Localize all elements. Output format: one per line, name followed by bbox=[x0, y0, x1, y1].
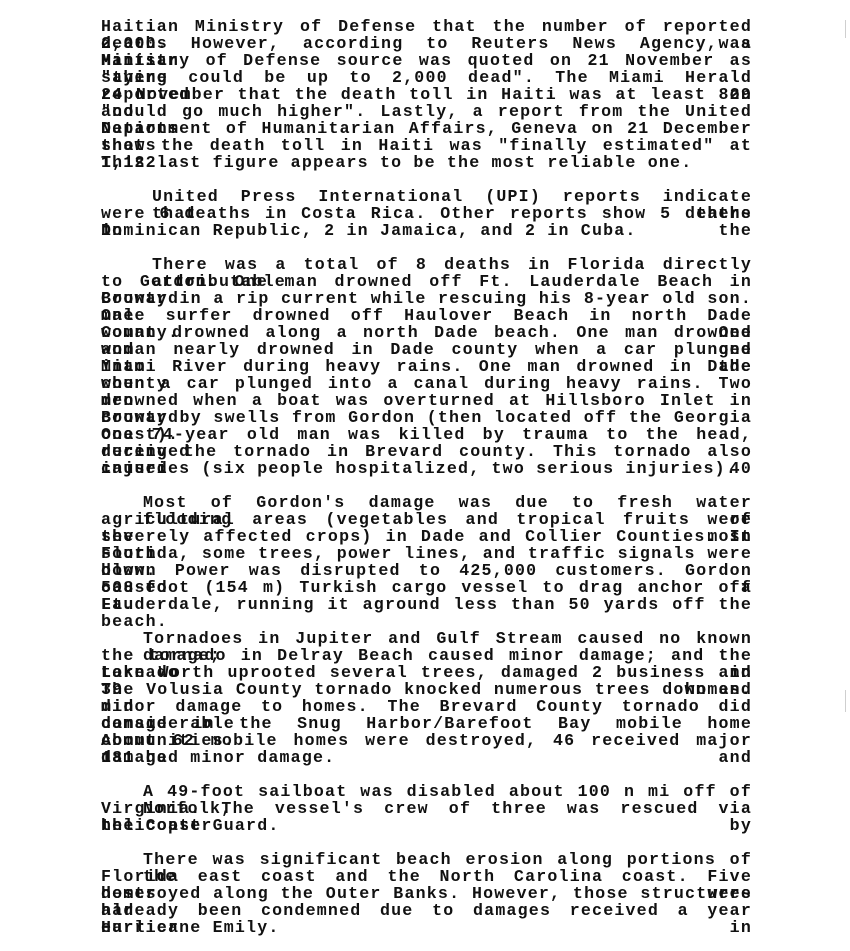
scan-artifact bbox=[845, 20, 846, 38]
text-line: Miami River during heavy rains. One man … bbox=[101, 358, 752, 375]
paragraph: Most of Gordon's damage was due to fresh… bbox=[101, 494, 752, 613]
paragraph: Haitian Ministry of Defense that the num… bbox=[101, 18, 752, 171]
text-line: Department of Humanitarian Affairs, Gene… bbox=[101, 120, 752, 137]
text-line: 24 November that the death toll in Haiti… bbox=[101, 86, 752, 103]
text-line: 2,000. However, according to Reuters New… bbox=[101, 35, 752, 52]
text-line: United Press International (UPI) reports… bbox=[101, 188, 752, 205]
text-line: Ministry of Defense source was quoted on… bbox=[101, 52, 752, 69]
text-line: 508-foot (154 m) Turkish cargo vessel to… bbox=[101, 579, 752, 596]
paragraph: There was a total of 8 deaths in Florida… bbox=[101, 256, 752, 477]
text-line: About 62 mobile homes were destroyed, 46… bbox=[101, 732, 752, 749]
document-page: Haitian Ministry of Defense that the num… bbox=[101, 18, 752, 951]
text-line: that the death toll in Haiti was "finall… bbox=[101, 137, 752, 154]
text-line: to Gordon. One man drowned off Ft. Laude… bbox=[101, 273, 752, 290]
paragraph: Tornadoes in Jupiter and Gulf Stream cau… bbox=[101, 630, 752, 766]
text-line: Virginia. The vessel's crew of three was… bbox=[101, 800, 752, 817]
paragraph: United Press International (UPI) reports… bbox=[101, 188, 752, 239]
text-line: injuries (six people hospitalized, two s… bbox=[101, 460, 752, 477]
text-line: Lake Worth uprooted several trees, damag… bbox=[101, 664, 752, 681]
text-line: County in a rip current while rescuing h… bbox=[101, 290, 752, 307]
text-line: Most of Gordon's damage was due to fresh… bbox=[101, 494, 752, 511]
text-line: minor damage to homes. The Brevard Count… bbox=[101, 698, 752, 715]
text-line: damage in the Snug Harbor/Barefoot Bay m… bbox=[101, 715, 752, 732]
text-line: Florida east coast and the North Carolin… bbox=[101, 868, 752, 885]
text-line: severely affected crops) in Dade and Col… bbox=[101, 528, 752, 545]
text-line: when a car plunged into a canal during h… bbox=[101, 375, 752, 392]
paragraph: There was significant beach erosion alon… bbox=[101, 851, 752, 936]
text-line: Florida, some trees, power lines, and tr… bbox=[101, 545, 752, 562]
text-line: male surfer drowned off Haulover Beach i… bbox=[101, 307, 752, 324]
text-line: agricultural areas (vegetables and tropi… bbox=[101, 511, 752, 528]
text-line: were 6 deaths in Costa Rica. Other repor… bbox=[101, 205, 752, 222]
text-line: "there could be up to 2,000 dead". The M… bbox=[101, 69, 752, 86]
text-line: the tornado in Delray Beach caused minor… bbox=[101, 647, 752, 664]
text-line: The Volusia County tornado knocked numer… bbox=[101, 681, 752, 698]
text-line: drowned when a boat was overturned at Hi… bbox=[101, 392, 752, 409]
text-line: already been condemned due to damages re… bbox=[101, 902, 752, 919]
text-line: There was significant beach erosion alon… bbox=[101, 851, 752, 868]
text-line: woman drowned along a north Dade beach. … bbox=[101, 324, 752, 341]
text-line: Tornadoes in Jupiter and Gulf Stream cau… bbox=[101, 630, 752, 647]
paragraph: A 49-foot sailboat was disabled about 10… bbox=[101, 783, 752, 834]
text-line: "could go much higher". Lastly, a report… bbox=[101, 103, 752, 120]
text-line: woman nearly drowned in Dade county when… bbox=[101, 341, 752, 358]
text-line: Lauderdale, running it aground less than… bbox=[101, 596, 752, 613]
text-line: This last figure appears to be the most … bbox=[101, 154, 752, 171]
text-line: during the tornado in Brevard county. Th… bbox=[101, 443, 752, 460]
text-line: destroyed along the Outer Banks. However… bbox=[101, 885, 752, 902]
text-line: One 74-year old man was killed by trauma… bbox=[101, 426, 752, 443]
text-line: Haitian Ministry of Defense that the num… bbox=[101, 18, 752, 35]
text-line: A 49-foot sailboat was disabled about 10… bbox=[101, 783, 752, 800]
text-line: down. Power was disrupted to 425,000 cus… bbox=[101, 562, 752, 579]
text-line: county by swells from Gordon (then locat… bbox=[101, 409, 752, 426]
text-line: There was a total of 8 deaths in Florida… bbox=[101, 256, 752, 273]
scan-artifact bbox=[845, 690, 846, 712]
